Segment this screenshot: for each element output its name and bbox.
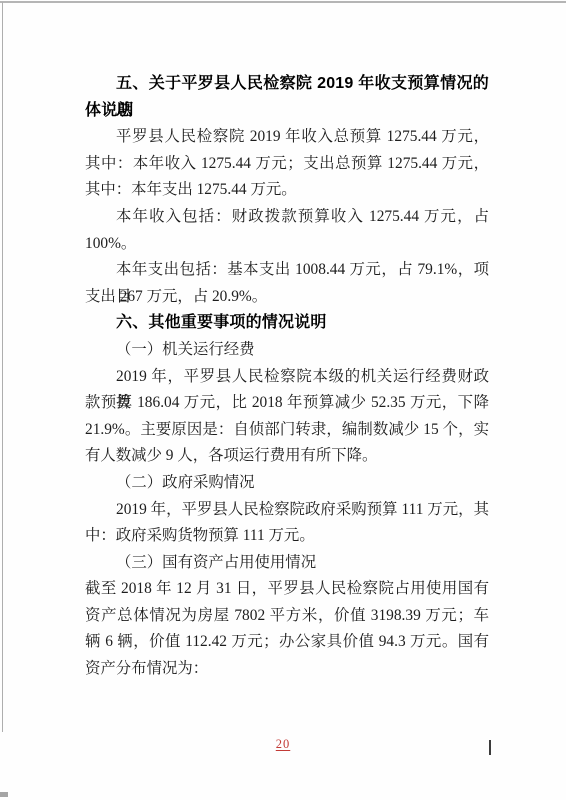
heading-section-5-line1: 五、关于平罗县人民检察院 2019 年收支预算情况的总 — [85, 71, 489, 98]
page-left-edge — [2, 2, 3, 732]
para-income-line2: 100%。 — [85, 231, 489, 258]
para-state-assets-line3: 辆 6 辆，价值 112.42 万元；办公家具价值 94.3 万元。国有 — [85, 629, 489, 656]
para-operating-funds-line2: 款预算 186.04 万元，比 2018 年预算减少 52.35 万元，下降 — [85, 390, 489, 417]
text-cursor — [489, 740, 491, 755]
para-state-assets-line2: 资产总体情况为房屋 7802 平方米，价值 3198.39 万元；车 — [85, 603, 489, 630]
para-expenditure-line1: 本年支出包括：基本支出 1008.44 万元，占 79.1%，项目 — [85, 257, 489, 284]
document-page: 五、关于平罗县人民检察院 2019 年收支预算情况的总 体说明 平罗县人民检察院… — [0, 0, 566, 800]
subheading-2-procurement: （二）政府采购情况 — [85, 470, 489, 497]
para-operating-funds-line4: 有人数减少 9 人，各项运行费用有所下降。 — [85, 443, 489, 470]
para-budget-overview-line3: 其中：本年支出 1275.44 万元。 — [85, 177, 489, 204]
page-top-edge — [0, 1, 566, 3]
para-income-line1: 本年收入包括：财政拨款预算收入 1275.44 万元，占 — [85, 204, 489, 231]
para-operating-funds-line1: 2019 年，平罗县人民检察院本级的机关运行经费财政拨 — [85, 364, 489, 391]
para-state-assets-line1: 截至 2018 年 12 月 31 日，平罗县人民检察院占用使用国有 — [85, 576, 489, 603]
para-budget-overview-line1: 平罗县人民检察院 2019 年收入总预算 1275.44 万元， — [85, 124, 489, 151]
heading-section-6: 六、其他重要事项的情况说明 — [85, 310, 489, 337]
subheading-3-state-assets: （三）国有资产占用使用情况 — [85, 550, 489, 577]
para-expenditure-line2: 支出 267 万元，占 20.9%。 — [85, 284, 489, 311]
page-number: 20 — [0, 737, 566, 752]
para-operating-funds-line3: 21.9%。主要原因是：自侦部门转隶，编制数减少 15 个，实 — [85, 417, 489, 444]
heading-section-5-line2: 体说明 — [85, 98, 489, 125]
document-body[interactable]: 五、关于平罗县人民检察院 2019 年收支预算情况的总 体说明 平罗县人民检察院… — [85, 71, 489, 683]
para-procurement-line2: 中：政府采购货物预算 111 万元。 — [85, 523, 489, 550]
subheading-1-operating-funds: （一）机关运行经费 — [85, 337, 489, 364]
para-state-assets-line4: 资产分布情况为： — [85, 656, 489, 683]
para-procurement-line1: 2019 年，平罗县人民检察院政府采购预算 111 万元，其 — [85, 497, 489, 524]
para-budget-overview-line2: 其中：本年收入 1275.44 万元；支出总预算 1275.44 万元， — [85, 151, 489, 178]
page-bottom-left-corner-mark — [0, 792, 8, 797]
